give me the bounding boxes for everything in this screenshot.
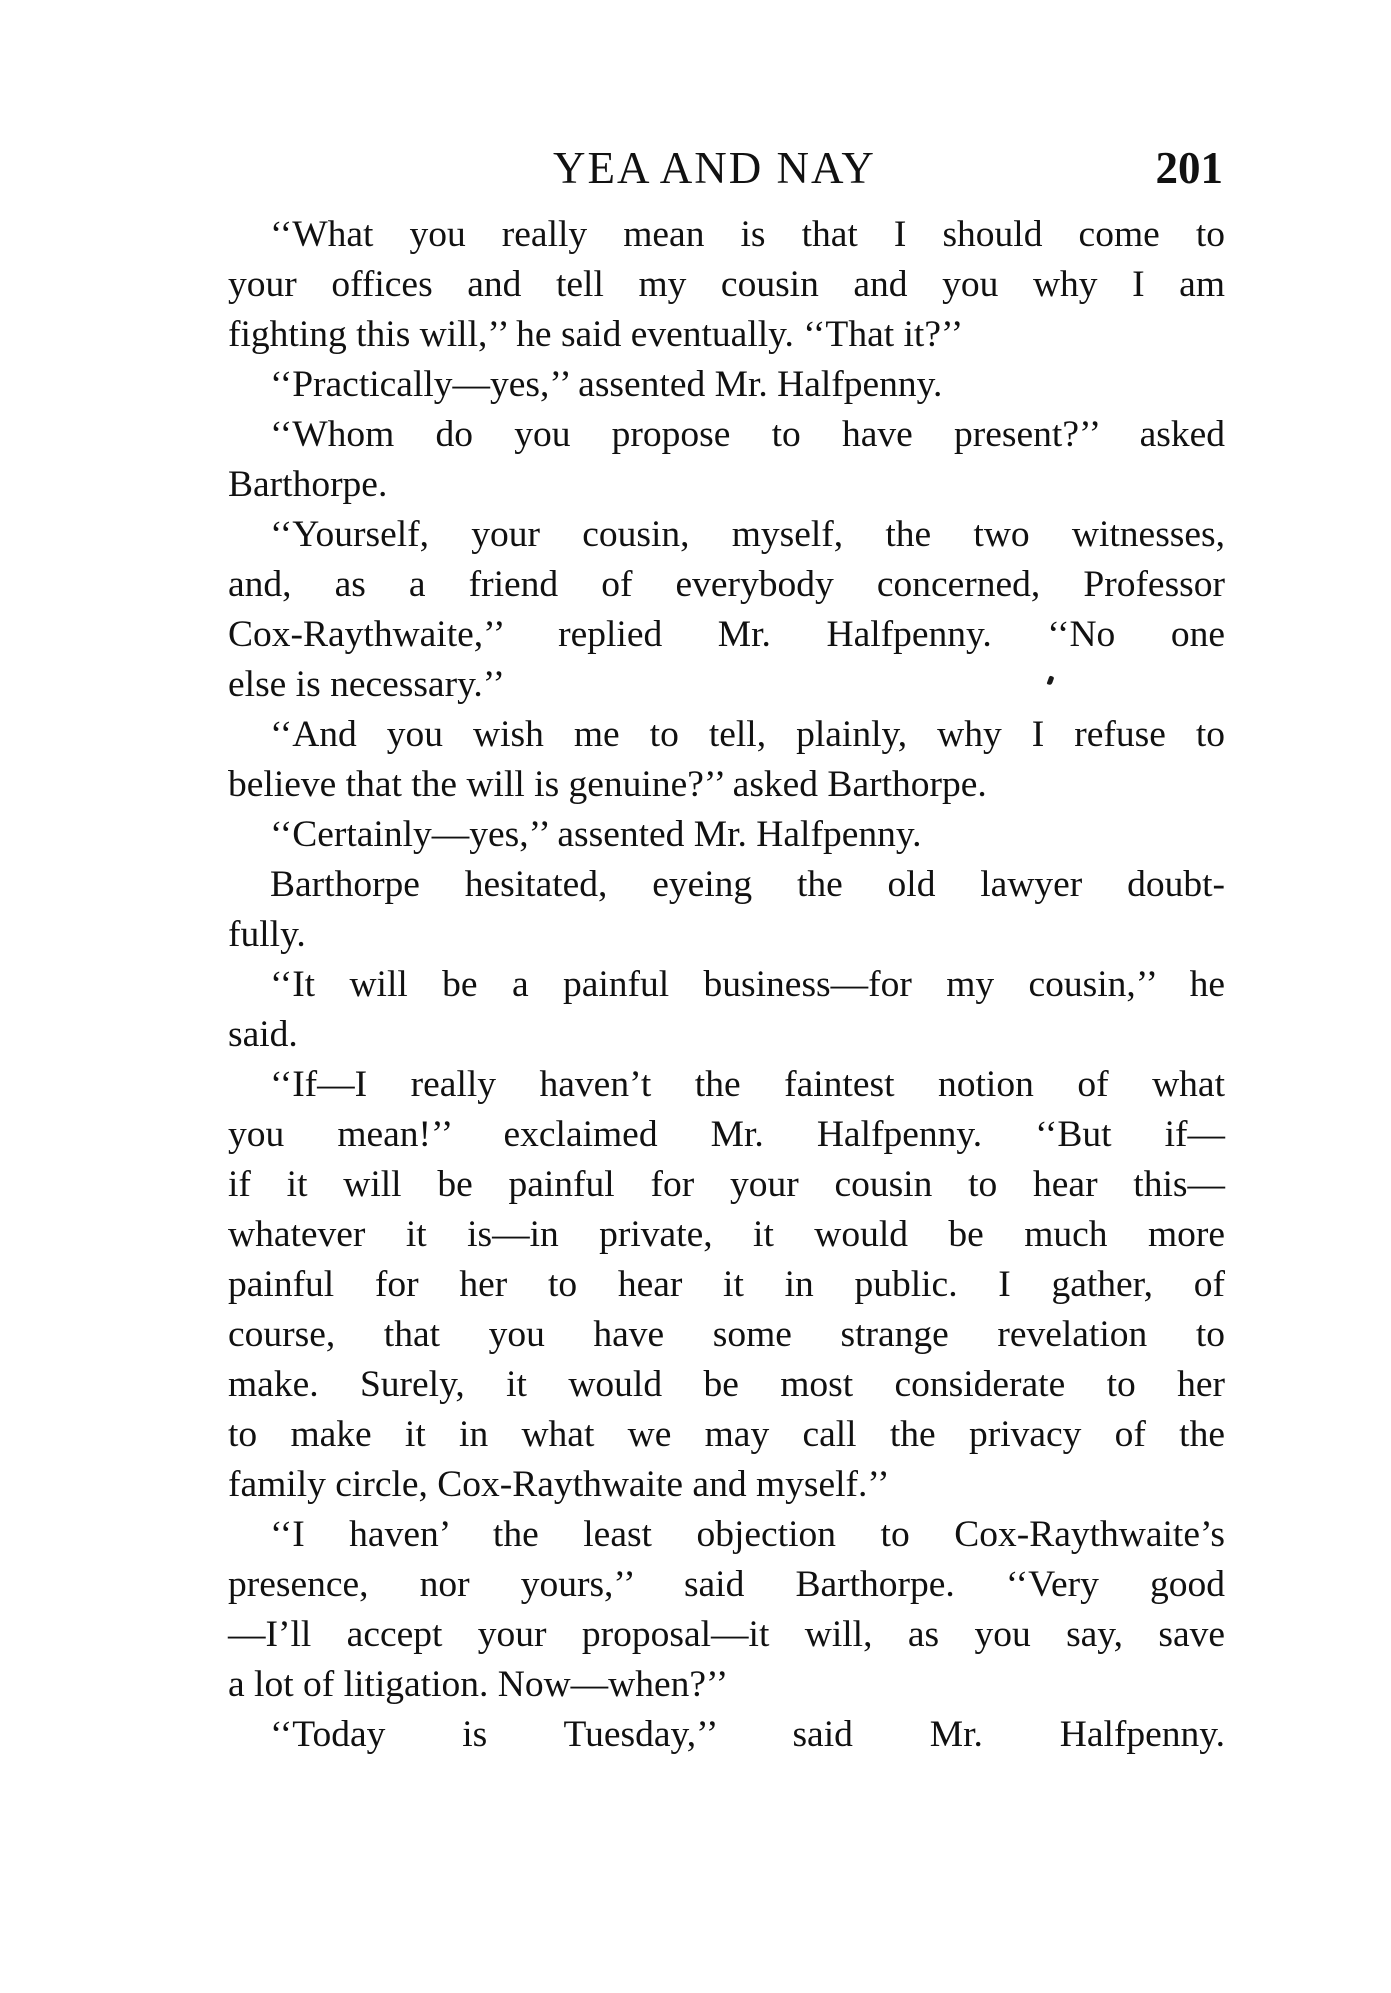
text-line: Cox-Raythwaite,’’ replied Mr. Halfpenny.… (228, 610, 1225, 660)
text-line: else is necessary.’’ (228, 660, 1225, 710)
text-line: you mean!’’ exclaimed Mr. Halfpenny. ‘‘B… (228, 1110, 1225, 1160)
text-line: ‘‘Whom do you propose to have present?’’… (228, 410, 1225, 460)
text-line: ‘‘Today is Tuesday,’’ said Mr. Halfpenny… (228, 1710, 1225, 1760)
text-line: family circle, Cox-Raythwaite and myself… (228, 1460, 1225, 1510)
text-line: if it will be painful for your cousin to… (228, 1160, 1225, 1210)
text-line: Barthorpe hesitated, eyeing the old lawy… (228, 860, 1225, 910)
text-line: ‘‘Practically—yes,’’ assented Mr. Halfpe… (228, 360, 1225, 410)
text-line: ‘‘Certainly—yes,’’ assented Mr. Halfpenn… (228, 810, 1225, 860)
text-line: painful for her to hear it in public. I … (228, 1260, 1225, 1310)
text-line: ‘‘And you wish me to tell, plainly, why … (228, 710, 1225, 760)
page-number: 201 (1156, 140, 1224, 196)
page-header: YEA AND NAY 201 (228, 140, 1225, 196)
text-line: fully. (228, 910, 1225, 960)
text-line: a lot of litigation. Now—when?’’ (228, 1660, 1225, 1710)
text-line: —I’ll accept your proposal—it will, as y… (228, 1610, 1225, 1660)
text-line: said. (228, 1010, 1225, 1060)
body-text: ‘‘What you really mean is that I should … (228, 210, 1225, 1760)
text-line: presence, nor yours,’’ said Barthorpe. ‘… (228, 1560, 1225, 1610)
text-line: ‘‘Yourself, your cousin, myself, the two… (228, 510, 1225, 560)
text-line: your offices and tell my cousin and you … (228, 260, 1225, 310)
text-line: and, as a friend of everybody concerned,… (228, 560, 1225, 610)
text-line: ‘‘It will be a painful business—for my c… (228, 960, 1225, 1010)
running-title: YEA AND NAY (553, 140, 876, 196)
text-line: whatever it is—in private, it would be m… (228, 1210, 1225, 1260)
text-line: Barthorpe. (228, 460, 1225, 510)
text-line: course, that you have some strange revel… (228, 1310, 1225, 1360)
text-line: ‘‘I haven’ the least objection to Cox-Ra… (228, 1510, 1225, 1560)
text-line: fighting this will,’’ he said eventually… (228, 310, 1225, 360)
text-line: ‘‘If—I really haven’t the faintest notio… (228, 1060, 1225, 1110)
text-line: to make it in what we may call the priva… (228, 1410, 1225, 1460)
text-line: believe that the will is genuine?’’ aske… (228, 760, 1225, 810)
text-line: ‘‘What you really mean is that I should … (228, 210, 1225, 260)
text-line: make. Surely, it would be most considera… (228, 1360, 1225, 1410)
